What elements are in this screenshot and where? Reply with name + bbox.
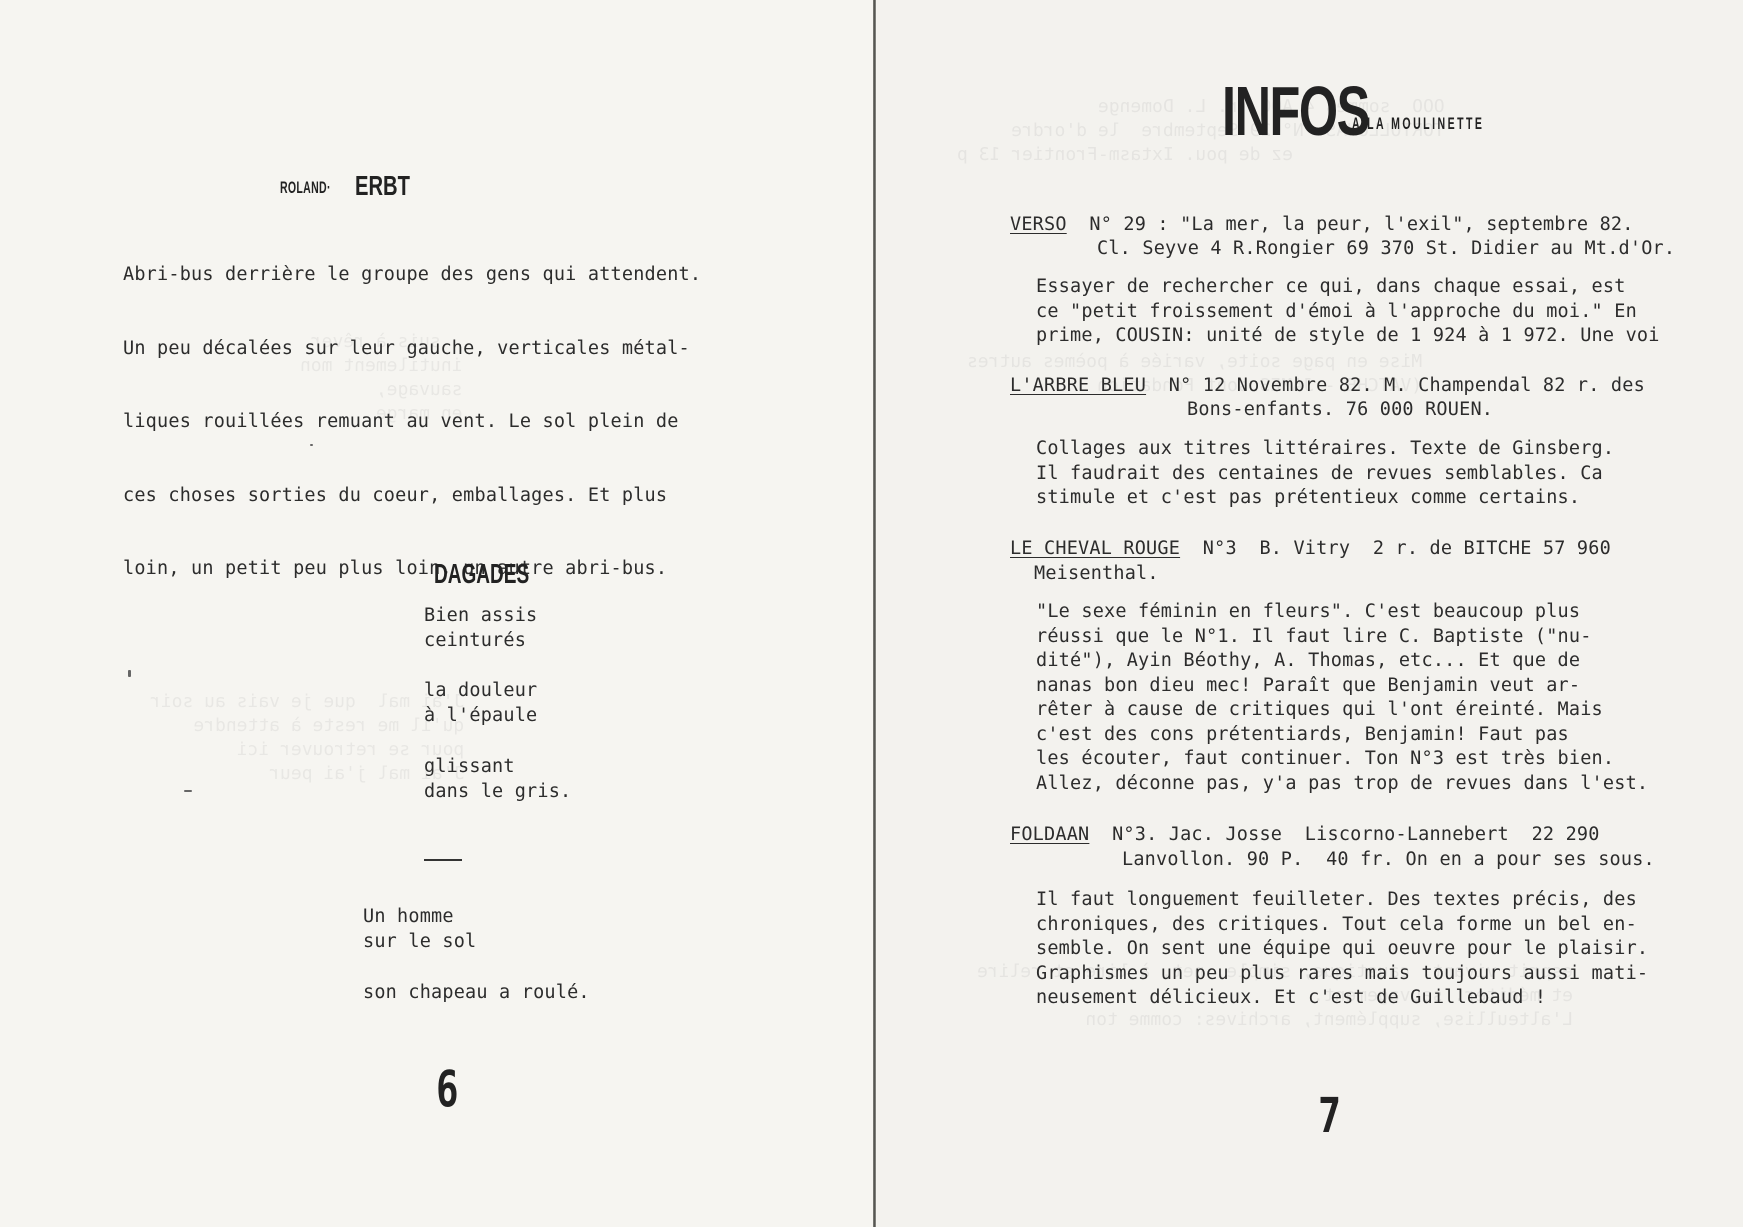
ink-speck bbox=[184, 790, 192, 792]
review-entry-header: LE CHEVAL ROUGE N°3 B. Vitry 2 r. de BIT… bbox=[1010, 537, 1611, 562]
review-body: Il faut longuement feuilleter. Des texte… bbox=[1036, 888, 1648, 1011]
author-first-name: ROLAND· bbox=[280, 178, 331, 198]
review-title: L'ARBRE BLEU bbox=[1010, 375, 1146, 396]
poem-stanza: glissant dans le gris. bbox=[424, 755, 571, 804]
review-entry-header: FOLDAAN N°3. Jac. Josse Liscorno-Lannebe… bbox=[1010, 823, 1600, 848]
ink-speck bbox=[310, 444, 313, 446]
review-body: Essayer de rechercher ce qui, dans chaqu… bbox=[1036, 275, 1660, 349]
prose-line: Un peu décalées sur leur gauche, vertica… bbox=[123, 337, 701, 362]
review-address: Cl. Seyve 4 R.Rongier 69 370 St. Didier … bbox=[1097, 237, 1675, 262]
book-gutter bbox=[873, 0, 876, 1227]
poem-stanza: Un homme sur le sol bbox=[363, 905, 476, 954]
left-page: suis à rêver inutilement mon sauvage, en… bbox=[0, 0, 874, 1227]
poem-stanza: son chapeau a roulé. bbox=[363, 981, 590, 1006]
poem-separator bbox=[424, 859, 462, 861]
prose-line: loin, un petit peu plus loin, un autre a… bbox=[123, 557, 701, 582]
page-number: 6 bbox=[436, 1060, 459, 1118]
section-title: INFOS bbox=[1222, 76, 1369, 146]
review-entry-header: VERSO N° 29 : "La mer, la peur, l'exil",… bbox=[1010, 213, 1634, 238]
prose-line: ces choses sorties du coeur, emballages.… bbox=[123, 484, 701, 509]
prose-line: liques rouillées remuant au vent. Le sol… bbox=[123, 410, 701, 435]
section-subtitle: A LA MOULINETTE bbox=[1352, 114, 1484, 134]
review-details: N°3. Jac. Josse Liscorno-Lannebert 22 29… bbox=[1112, 824, 1600, 845]
review-address: Bons-enfants. 76 000 ROUEN. bbox=[1187, 398, 1493, 423]
review-address: Lanvollon. 90 P. 40 fr. On en a pour ses… bbox=[1122, 848, 1655, 873]
ink-speck bbox=[128, 670, 131, 677]
review-details: N°3 B. Vitry 2 r. de BITCHE 57 960 bbox=[1203, 538, 1611, 559]
review-details: N° 12 Novembre 82. M. Champendal 82 r. d… bbox=[1169, 375, 1645, 396]
review-body: "Le sexe féminin en fleurs". C'est beauc… bbox=[1036, 600, 1648, 796]
review-title: FOLDAAN bbox=[1010, 824, 1089, 845]
poem-title: DAGADES bbox=[434, 558, 529, 590]
review-details: N° 29 : "La mer, la peur, l'exil", septe… bbox=[1089, 214, 1633, 235]
review-body: Collages aux titres littéraires. Texte d… bbox=[1036, 437, 1614, 511]
review-entry-header: L'ARBRE BLEU N° 12 Novembre 82. M. Champ… bbox=[1010, 374, 1645, 399]
poem-stanza: Bien assis ceinturés bbox=[424, 604, 537, 653]
author-last-name: ERBT bbox=[355, 170, 410, 202]
prose-paragraph: Abri-bus derrière le groupe des gens qui… bbox=[123, 214, 701, 631]
review-title: LE CHEVAL ROUGE bbox=[1010, 538, 1180, 559]
prose-line: Abri-bus derrière le groupe des gens qui… bbox=[123, 263, 701, 288]
poem-stanza: la douleur à l'épaule bbox=[424, 679, 537, 728]
review-title: VERSO bbox=[1010, 214, 1067, 235]
page-number: 7 bbox=[1318, 1088, 1341, 1144]
review-address: Meisenthal. bbox=[1034, 562, 1159, 587]
